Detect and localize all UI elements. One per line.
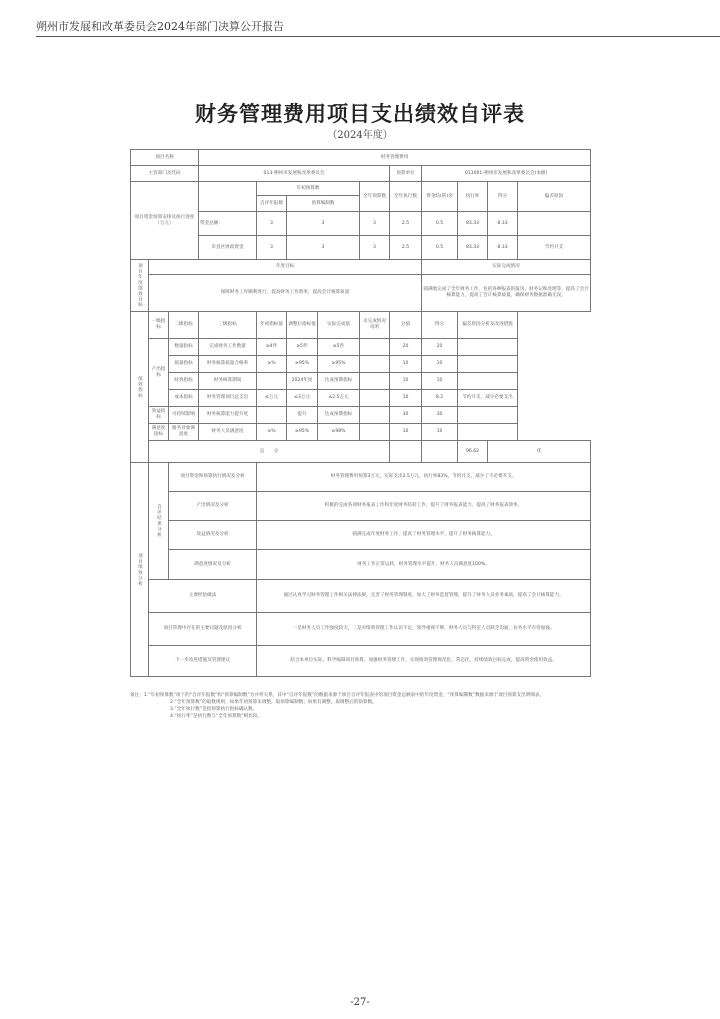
adjusted-value: ≥95%: [287, 356, 318, 373]
score-value: 10: [422, 424, 458, 441]
score-value: 30: [422, 407, 458, 424]
actual-value: ≥5件: [318, 339, 360, 356]
analysis-item-text: 结合本单位实际，科学编制项目预算，加强财务管理工作，实现绩效管理规范化、常态化，…: [257, 646, 591, 677]
level3-indicator: 完成财务工作数量: [199, 339, 257, 356]
score-header: 得分: [488, 182, 518, 212]
analysis-value: [458, 424, 518, 441]
indicator-header: 偏差原因分析及改进措施: [458, 312, 518, 339]
incomplete-note: [360, 356, 390, 373]
analysis-item-text: 通过认真学习财务管理工作相关法律法规，完善了财务管理制度，加大了财务监督管理，提…: [257, 580, 591, 613]
level1-indicator: 满意度指标: [149, 424, 169, 441]
analysis-item-label: 项目资金和预算执行情况及分析: [169, 463, 257, 492]
weight-value: 30: [390, 407, 422, 424]
weight-value: 10: [390, 390, 422, 407]
initial-value: [257, 407, 287, 424]
indicator-header-row: 绩效指标 一级指标 二级指标 三级指标 年初指标值 调整后指标值 实际完成值 未…: [131, 312, 591, 339]
actual-value: ≤2.5万元: [318, 390, 360, 407]
weight-value: 10: [390, 373, 422, 390]
initial-value: ≤万元: [257, 390, 287, 407]
score-value: 10: [422, 356, 458, 373]
analysis-item-text: 积极的完成各项财务报表工作和年度财务结转工作，提升了财务报表能力，提高了财务报表…: [257, 492, 591, 521]
goals-section-label: 项目年度绩效目标: [131, 260, 149, 312]
rate-value: 83.33: [458, 236, 488, 260]
self-report-value: 3: [257, 212, 287, 236]
score-value: 20: [422, 339, 458, 356]
page-header: 朔州市发展和改革委员会2024年部门决算公开报告: [36, 18, 284, 34]
level1-indicator: 产出指标: [149, 339, 169, 407]
score-value: 8.33: [488, 212, 518, 236]
indicator-row: 时效指标 财务核算期间 2024年度 达成预期指标 10 10: [131, 373, 591, 390]
footnote-line: 2.“全年预算数”的取数规则，如果年初预算未调整，取预算编制数；如果有调整，取调…: [130, 699, 590, 706]
score-value: 10: [422, 373, 458, 390]
weight-value: 10: [390, 356, 422, 373]
deviation-header: 偏差原因: [518, 182, 591, 212]
goals-section-text: 项目年度绩效目标: [137, 263, 143, 308]
indicator-header: 实际完成值: [318, 312, 360, 339]
analysis-item-label: 满意度情况及分析: [169, 550, 257, 580]
actual-value: ≥95%: [318, 356, 360, 373]
annual-goal-text: 保障财务工作顺利进行，提高财务工作效率，提高会计核算质量: [149, 275, 422, 312]
deviation-value: 节约开支: [518, 236, 591, 260]
level2-indicator: 质量指标: [169, 356, 199, 373]
level3-indicator: 财务核算质量合格率: [199, 356, 257, 373]
budget-row-label: 市县区财政资金: [199, 236, 257, 260]
header-rule: [36, 36, 720, 37]
indicator-row: 质量指标 财务核算质量合格率 ≥% ≥95% ≥95% 10 10: [131, 356, 591, 373]
compiled-value: 3: [287, 236, 360, 260]
indicator-header: 得分: [422, 312, 458, 339]
analysis-row: 满意度情况及分析 财务工作正常运转，财务管理水平提升，财务人员满意度100%。: [131, 550, 591, 580]
full-year-value: 3: [360, 236, 390, 260]
budget-row-total: 资金总额： 3 3 3 2.5 0.5 83.33 8.33: [131, 212, 591, 236]
indicator-header: 分值: [390, 312, 422, 339]
project-name-label: 项目名称: [131, 150, 199, 166]
department-label: 主管部门及代码: [131, 166, 199, 182]
level3-indicator: 财务核算期间: [199, 373, 257, 390]
analysis-section-label: 项目绩效分析: [131, 463, 149, 677]
incomplete-note: [360, 407, 390, 424]
evaluation-table: 项目名称 财务管理费用 主管部门及代码 013-朔州市发展和改革委员会 预算单位…: [130, 149, 591, 677]
indicator-row: 满意度指标 服务对象满意度 财务人员满意度 ≥% ≥95% ≥98% 10 10: [131, 424, 591, 441]
budget-row-fiscal: 市县区财政资金 3 3 3 2.5 0.5 83.33 8.33 节约开支: [131, 236, 591, 260]
indicator-header: 年初指标值: [257, 312, 287, 339]
analysis-row: 产出情况及分析 积极的完成各项财务报表工作和年度财务结转工作，提升了财务报表能力…: [131, 492, 591, 521]
project-name-row: 项目名称 财务管理费用: [131, 150, 591, 166]
level2-indicator: 服务对象满意度: [169, 424, 199, 441]
actual-completion-text: 圆满地完成了全年财务工作，包括各种报表的报送，财务记账处理等，提高了会计核算能力…: [422, 275, 591, 312]
budget-row-label: 资金总额：: [199, 212, 257, 236]
balance-value: 0.5: [422, 212, 458, 236]
budget-unit-label: 预算单位: [390, 166, 422, 182]
analysis-item-label: 产出情况及分析: [169, 492, 257, 521]
adjusted-value: 2024年度: [287, 373, 318, 390]
rate-value: 83.33: [458, 212, 488, 236]
compiled-header: 预算编制数: [287, 196, 360, 212]
footnotes: 备注：1.“年初预算数”项下的“自评年报数”和“预算编制数”为并列关系，其中“自…: [130, 692, 590, 720]
total-grade: 优: [488, 441, 591, 463]
analysis-row: 项目绩效分析 自评结果分析 项目资金和预算执行情况及分析 财务管理费用预算3万元…: [131, 463, 591, 492]
adjusted-value: ≥95%: [287, 424, 318, 441]
project-name-value: 财务管理费用: [199, 150, 591, 166]
executed-value: 2.5: [390, 236, 422, 260]
analysis-item-label: 下一步改进措施及管理建议: [149, 646, 257, 677]
total-score: 96.62: [458, 441, 488, 463]
actual-value: 达成预期指标: [318, 373, 360, 390]
full-year-budget-header: 全年预算数: [360, 182, 390, 212]
total-row: 总 分 96.62 优: [131, 441, 591, 463]
initial-value: ≥4件: [257, 339, 287, 356]
compiled-value: 3: [287, 212, 360, 236]
level2-indicator: 可持续影响: [169, 407, 199, 424]
annual-goal-header: 年度目标: [149, 260, 422, 275]
analysis-row: 主要经验做法 通过认真学习财务管理工作相关法律法规，完善了财务管理制度，加大了财…: [131, 580, 591, 613]
initial-value: [257, 373, 287, 390]
actual-completion-header: 实际完成情况: [422, 260, 591, 275]
indicator-header: 一级指标: [149, 312, 169, 339]
indicator-header: 二级指标: [169, 312, 199, 339]
analysis-value: [458, 339, 518, 356]
analysis-item-label: 项目管理中存在的主要问题及原因分析: [149, 613, 257, 646]
initial-budget-header: 年初预算数: [257, 182, 360, 196]
indicator-header: 三级指标: [199, 312, 257, 339]
actual-value: 达成预期指标: [318, 407, 360, 424]
self-report-value: 3: [257, 236, 287, 260]
budget-unit-value: 013001-朔州市发展和改革委员会(本级): [422, 166, 591, 182]
incomplete-note: [360, 424, 390, 441]
score-value: 8.2: [422, 390, 458, 407]
adjusted-value: 提升: [287, 407, 318, 424]
score-value: 8.33: [488, 236, 518, 260]
budget-header-row-1: 项目资金预算安排及执行进度（万元） 年初预算数 全年预算数 全年执行数 资金结(…: [131, 182, 591, 196]
indicators-section-text: 绩效指标: [137, 376, 143, 398]
weight-value: 10: [390, 424, 422, 441]
analysis-value: [458, 407, 518, 424]
executed-value: 2.5: [390, 212, 422, 236]
rate-header: 执行率: [458, 182, 488, 212]
document-subtitle: （2024年度）: [0, 126, 720, 141]
level3-indicator: 财务管理项目总支出: [199, 390, 257, 407]
footnote-line: 3.“全年执行数”是指预算执行指标确认数。: [130, 706, 590, 713]
indicator-header: 未完成情况说明: [360, 312, 390, 339]
analysis-row: 下一步改进措施及管理建议 结合本单位实际，科学编制项目预算，加强财务管理工作，实…: [131, 646, 591, 677]
analysis-item-label: 效益情况及分析: [169, 521, 257, 550]
analysis-item-text: 财务管理费用预算3万元，实际支出2.5万元，执行率83%，节约开支，减少了不必要…: [257, 463, 591, 492]
initial-value: ≥%: [257, 356, 287, 373]
level2-indicator: 时效指标: [169, 373, 199, 390]
adjusted-value: ≥5件: [287, 339, 318, 356]
level2-indicator: 数量指标: [169, 339, 199, 356]
analysis-item-text: 一是财务人员工作强度较大，二是对绩效管理工作认识不足，领导重视不够，财务人员与科…: [257, 613, 591, 646]
indicators-section-label: 绩效指标: [131, 312, 149, 463]
analysis-section-text: 项目绩效分析: [137, 553, 143, 587]
indicator-row: 产出指标 数量指标 完成财务工作数量 ≥4件 ≥5件 ≥5件 20 20: [131, 339, 591, 356]
level2-indicator: 成本指标: [169, 390, 199, 407]
actual-value: ≥98%: [318, 424, 360, 441]
analysis-item-label: 主要经验做法: [149, 580, 257, 613]
executed-header: 全年执行数: [390, 182, 422, 212]
incomplete-note: [360, 390, 390, 407]
analysis-item-text: 圆满完成年度财务工作，提高了财务管理水平，提升了财务核算能力。: [257, 521, 591, 550]
balance-header: 资金结(转)余: [422, 182, 458, 212]
total-label: 总 分: [149, 441, 390, 463]
deviation-value: [518, 212, 591, 236]
analysis-item-text: 财务工作正常运转，财务管理水平提升，财务人员满意度100%。: [257, 550, 591, 580]
self-report-header: 自评年报数: [257, 196, 287, 212]
footnote-line: 备注：1.“年初预算数”项下的“自评年报数”和“预算编制数”为并列关系，其中“自…: [130, 692, 590, 699]
goals-header-row: 项目年度绩效目标 年度目标 实际完成情况: [131, 260, 591, 275]
analysis-value: [458, 373, 518, 390]
analysis-row: 效益情况及分析 圆满完成年度财务工作，提高了财务管理水平，提升了财务核算能力。: [131, 521, 591, 550]
incomplete-note: [360, 339, 390, 356]
level3-indicator: 财务人员满意度: [199, 424, 257, 441]
page-number: -27-: [0, 997, 720, 1008]
goals-content-row: 保障财务工作顺利进行，提高财务工作效率，提高会计核算质量 圆满地完成了全年财务工…: [131, 275, 591, 312]
department-row: 主管部门及代码 013-朔州市发展和改革委员会 预算单位 013001-朔州市发…: [131, 166, 591, 182]
self-eval-text: 自评结果分析: [156, 504, 162, 538]
indicator-header: 调整后指标值: [287, 312, 318, 339]
initial-value: ≥%: [257, 424, 287, 441]
analysis-value: [458, 356, 518, 373]
weight-value: 20: [390, 339, 422, 356]
level3-indicator: 财务核算能力提升度: [199, 407, 257, 424]
incomplete-note: [360, 373, 390, 390]
document-title: 财务管理费用项目支出绩效自评表: [0, 98, 720, 128]
analysis-row: 项目管理中存在的主要问题及原因分析 一是财务人员工作强度较大，二是对绩效管理工作…: [131, 613, 591, 646]
budget-section-label: 项目资金预算安排及执行进度（万元）: [131, 182, 199, 260]
self-eval-label: 自评结果分析: [149, 463, 169, 580]
footnote-line: 4.“执行率”是执行数与“全年预算数”相比较。: [130, 713, 590, 720]
indicator-row: 效益指标 可持续影响 财务核算能力提升度 提升 达成预期指标 30 30: [131, 407, 591, 424]
department-value: 013-朔州市发展和改革委员会: [199, 166, 390, 182]
adjusted-value: ≤3万元: [287, 390, 318, 407]
analysis-value: 节约开支，减少必要支出: [458, 390, 518, 407]
indicator-row: 成本指标 财务管理项目总支出 ≤万元 ≤3万元 ≤2.5万元 10 8.2 节约…: [131, 390, 591, 407]
balance-value: 0.5: [422, 236, 458, 260]
level1-indicator: 效益指标: [149, 407, 169, 424]
full-year-value: 3: [360, 212, 390, 236]
